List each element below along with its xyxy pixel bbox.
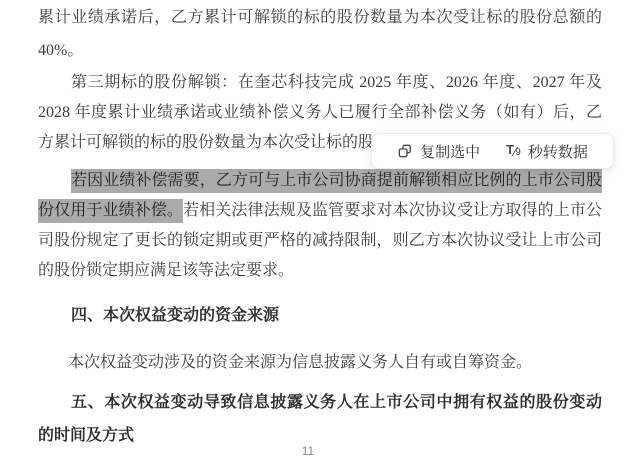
- document-page: 累计业绩承诺后，乙方累计可解锁的标的股份数量为本次受让标的股份总额的 40%。 …: [0, 0, 640, 472]
- section-heading-change-time-method: 五、本次权益变动导致信息披露义务人在上市公司中拥有权益的股份变动 的时间及方式: [38, 386, 602, 452]
- paragraph-line: 份仅用于业绩补偿。若相关法律法规及监管要求对本次协议受让方取得的上市公: [38, 196, 602, 226]
- convert-data-button[interactable]: T⁄9 秒转数据: [506, 141, 588, 162]
- copy-selection-label: 复制选中: [420, 141, 480, 162]
- paragraph-compensation-unlock: 若因业绩补偿需要，乙方可与上市公司协商提前解锁相应比例的上市公司股 份仅用于业绩…: [38, 166, 602, 286]
- section-heading-funding-source: 四、本次权益变动的资金来源: [38, 301, 635, 331]
- paragraph-line: 40%。: [38, 34, 602, 67]
- paragraph-line: 本次权益变动涉及的资金来源为信息披露义务人自有或自筹资金。: [68, 348, 632, 378]
- copy-selection-button[interactable]: 复制选中: [397, 141, 480, 162]
- paragraph-line: 的股份锁定期应满足该等法定要求。: [38, 256, 602, 286]
- paragraph-line: 司股份规定了更长的锁定期或更严格的减持限制，则乙方本次协议受让上市公司: [38, 226, 602, 256]
- convert-data-label: 秒转数据: [528, 141, 588, 162]
- paragraph-funding-source: 本次权益变动涉及的资金来源为信息披露义务人自有或自筹资金。: [38, 348, 632, 378]
- paragraph-line: 累计业绩承诺后，乙方累计可解锁的标的股份数量为本次受让标的股份总额的: [38, 1, 602, 34]
- paragraph-unlock-40: 累计业绩承诺后，乙方累计可解锁的标的股份数量为本次受让标的股份总额的 40%。: [38, 1, 602, 67]
- selection-toolbar: 复制选中 T⁄9 秒转数据: [371, 133, 614, 169]
- highlighted-text: 若因业绩补偿需要，乙方可与上市公司协商提前解锁相应比例的上市公司股: [71, 169, 602, 193]
- heading-text: 四、本次权益变动的资金来源: [71, 301, 635, 331]
- copy-icon: [397, 143, 413, 159]
- highlighted-text: 份仅用于业绩补偿。: [38, 199, 183, 223]
- heading-text: 五、本次权益变动导致信息披露义务人在上市公司中拥有权益的股份变动: [38, 386, 602, 419]
- paragraph-line: 第三期标的股份解锁：在奎芯科技完成 2025 年度、2026 年度、2027 年…: [38, 68, 602, 98]
- paragraph-text: 若相关法律法规及监管要求对本次协议受让方取得的上市公: [183, 202, 602, 219]
- t9-convert-icon: T⁄9: [506, 145, 521, 158]
- paragraph-line: 若因业绩补偿需要，乙方可与上市公司协商提前解锁相应比例的上市公司股: [38, 166, 602, 196]
- page-number: 11: [0, 444, 628, 458]
- paragraph-line: 2028 年度累计业绩承诺或业绩补偿义务人已履行全部补偿义务（如有）后，乙: [38, 98, 602, 128]
